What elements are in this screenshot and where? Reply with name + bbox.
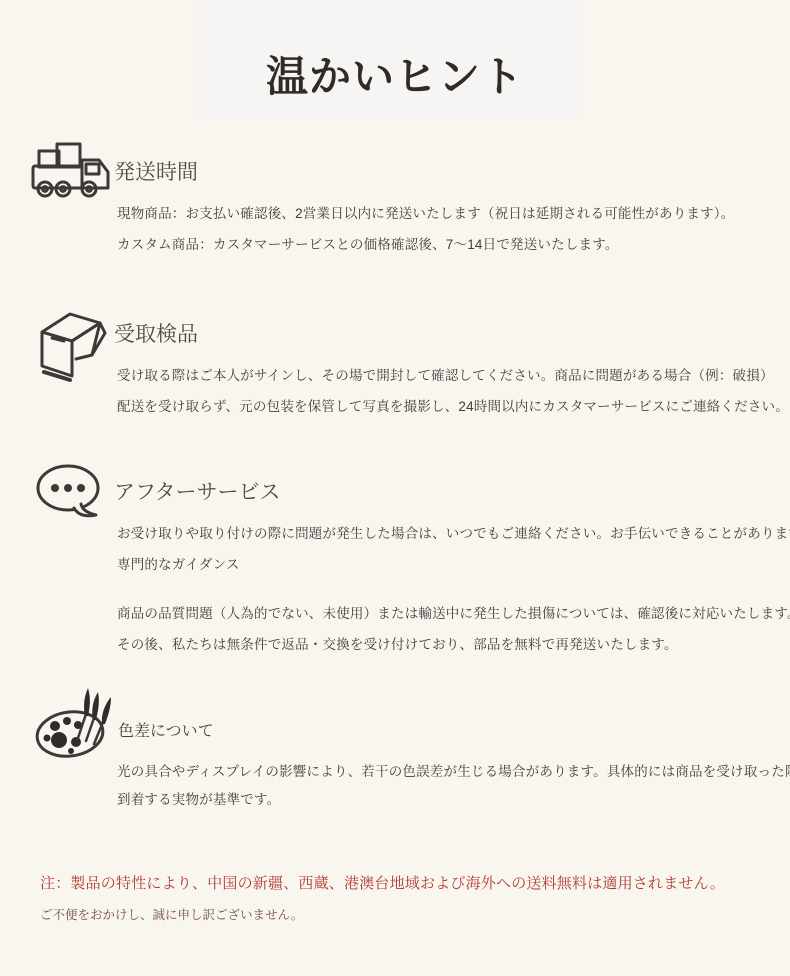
body-line: 現物商品：お支払い確認後、2営業日以内に発送いたします（祝日は延期される可能性が… [117, 202, 734, 233]
page-title: 温かいヒント [0, 44, 790, 104]
body-line: 受け取る際はご本人がサインし、その場で開封して確認してください。商品に問題がある… [117, 364, 789, 395]
section-body: 受け取る際はご本人がサインし、その場で開封して確認してください。商品に問題がある… [117, 364, 789, 426]
section-heading: 色差について [118, 718, 214, 741]
shipping-restriction-warning: 注：製品の特性により、中国の新疆、西蔵、港澳台地域および海外への送料無料は適用さ… [40, 872, 725, 893]
body-line: その後、私たちは無条件で返品・交換を受け付けており、部品を無料で再発送いたします… [117, 633, 790, 664]
body-line: お受け取りや取り付けの際に問題が発生した場合は、いつでもご連絡ください。お手伝い… [117, 522, 790, 553]
apology-text: ご不便をおかけし、誠に申し訳ございません。 [40, 905, 303, 923]
warm-hints-page: 温かいヒント 発送時間 現物商品：お支払い確認後、2営業日以内に発送いたします（… [0, 0, 790, 976]
body-line: 到着する実物が基準です。 [117, 788, 790, 816]
section-body: お受け取りや取り付けの際に問題が発生した場合は、いつでもご連絡ください。お手伝い… [117, 522, 790, 664]
section-heading: 受取検品 [114, 318, 198, 348]
section-heading: 発送時間 [114, 156, 198, 186]
truck-icon [30, 140, 114, 198]
section-body: 光の具合やディスプレイの影響により、若干の色誤差が生じる場合があります。具体的に… [117, 760, 790, 816]
body-line: カスタム商品：カスタマーサービスとの価格確認後、7～14日で発送いたします。 [117, 233, 734, 264]
section-body: 現物商品：お支払い確認後、2営業日以内に発送いたします（祝日は延期される可能性が… [117, 202, 734, 264]
body-line: 商品の品質問題（人為的でない、未使用）または輸送中に発生した損傷については、確認… [117, 602, 790, 633]
palette-icon [30, 684, 122, 762]
body-line: 光の具合やディスプレイの影響により、若干の色誤差が生じる場合があります。具体的に… [117, 760, 790, 788]
box-icon [34, 302, 110, 382]
body-line: 配送を受け取らず、元の包装を保管して写真を撮影し、24時間以内にカスタマーサービ… [117, 395, 789, 426]
speech-bubble-icon [34, 462, 106, 520]
section-heading: アフターサービス [114, 476, 281, 506]
body-line: 専門的なガイダンス [117, 553, 790, 584]
